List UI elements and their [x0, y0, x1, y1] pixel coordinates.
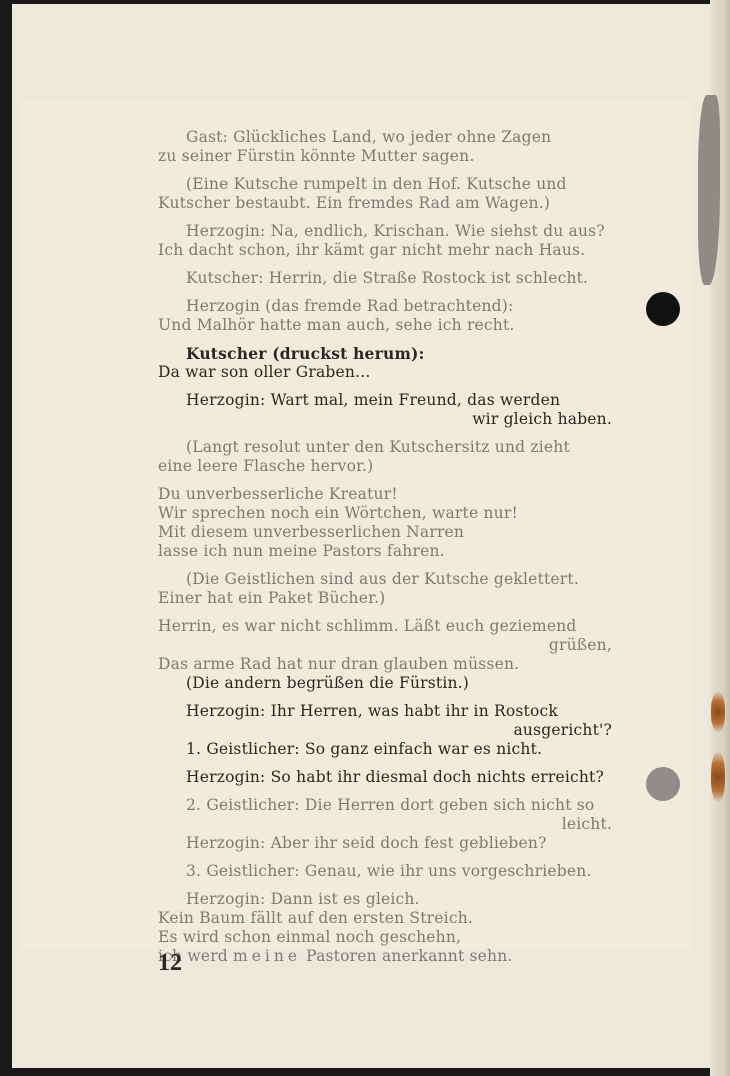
stage-direction: Kutscher bestaubt. Ein fremdes Rad am Wa…: [158, 194, 612, 213]
punch-hole-icon: [646, 767, 680, 801]
play-text: Gast: Glückliches Land, wo jeder ohne Za…: [158, 128, 612, 966]
stage-direction: (Eine Kutsche rumpelt in den Hof. Kutsch…: [158, 175, 612, 194]
stage-direction: (Die andern begrüßen die Fürstin.): [158, 674, 612, 693]
dialogue-line: 3. Geistlicher: Genau, wie ihr uns vorge…: [158, 862, 612, 881]
emphasized-word: meine: [233, 947, 301, 965]
dialogue-line: ausgericht'?: [158, 721, 612, 740]
dialogue-line: Herzogin: Dann ist es gleich.: [158, 890, 612, 909]
text-line: zu seiner Fürstin könnte Mutter sagen.: [158, 147, 612, 166]
dialogue-line: leicht.: [158, 815, 612, 834]
dialogue-line: Und Malhör hatte man auch, sehe ich rech…: [158, 316, 612, 335]
dialogue-line: Wir sprechen noch ein Wörtchen, warte nu…: [158, 504, 612, 523]
stage-direction: (Die Geistlichen sind aus der Kutsche ge…: [158, 570, 612, 589]
dialogue-line: 1. Geistlicher: So ganz einfach war es n…: [158, 740, 612, 759]
rust-stain: [711, 692, 725, 732]
dialogue-line: Du unverbesserliche Kreatur!: [158, 485, 612, 504]
text-line: Gast: Glückliches Land, wo jeder ohne Za…: [158, 128, 612, 147]
dialogue-line: Kutscher: Herrin, die Straße Rostock ist…: [158, 269, 612, 288]
dialogue-line: Da war son oller Graben...: [158, 363, 612, 382]
dialogue-line: 2. Geistlicher: Die Herren dort geben si…: [158, 796, 612, 815]
dialogue-line: Herzogin: Aber ihr seid doch fest geblie…: [158, 834, 612, 853]
dialogue-line: lasse ich nun meine Pastors fahren.: [158, 542, 612, 561]
stage-direction: (Langt resolut unter den Kutschersitz un…: [158, 438, 612, 457]
dialogue-line: Herzogin: Na, endlich, Krischan. Wie sie…: [158, 222, 612, 241]
dialogue-line: Es wird schon einmal noch geschehn,: [158, 928, 612, 947]
dialogue-line: Kutscher (druckst herum):: [158, 344, 612, 363]
dialogue-line: Herrin, es war nicht schlimm. Läßt euch …: [158, 617, 612, 636]
dialogue-line: Herzogin: So habt ihr diesmal doch nicht…: [158, 768, 612, 787]
dialogue-line: Mit diesem unverbesserlichen Narren: [158, 523, 612, 542]
dialogue-line: Das arme Rad hat nur dran glauben müssen…: [158, 655, 612, 674]
punch-hole-icon: [646, 292, 680, 326]
dialogue-line: wir gleich haben.: [158, 410, 612, 429]
stage-direction: Einer hat ein Paket Bücher.): [158, 589, 612, 608]
dialogue-line: grüßen,: [158, 636, 612, 655]
rust-stain: [711, 752, 725, 802]
dialogue-line: Herzogin (das fremde Rad betrachtend):: [158, 297, 612, 316]
dialogue-line: Herzogin: Ihr Herren, was habt ihr in Ro…: [158, 702, 612, 721]
page-number: 12: [158, 950, 182, 977]
dialogue-line: ich werd meine Pastoren anerkannt sehn.: [158, 947, 612, 966]
dialogue-line: Ich dacht schon, ihr kämt gar nicht mehr…: [158, 241, 612, 260]
dialogue-line: Kein Baum fällt auf den ersten Streich.: [158, 909, 612, 928]
torn-edge-mark: [698, 95, 720, 285]
stage-direction: eine leere Flasche hervor.): [158, 457, 612, 476]
dialogue-line: Herzogin: Wart mal, mein Freund, das wer…: [158, 391, 612, 410]
